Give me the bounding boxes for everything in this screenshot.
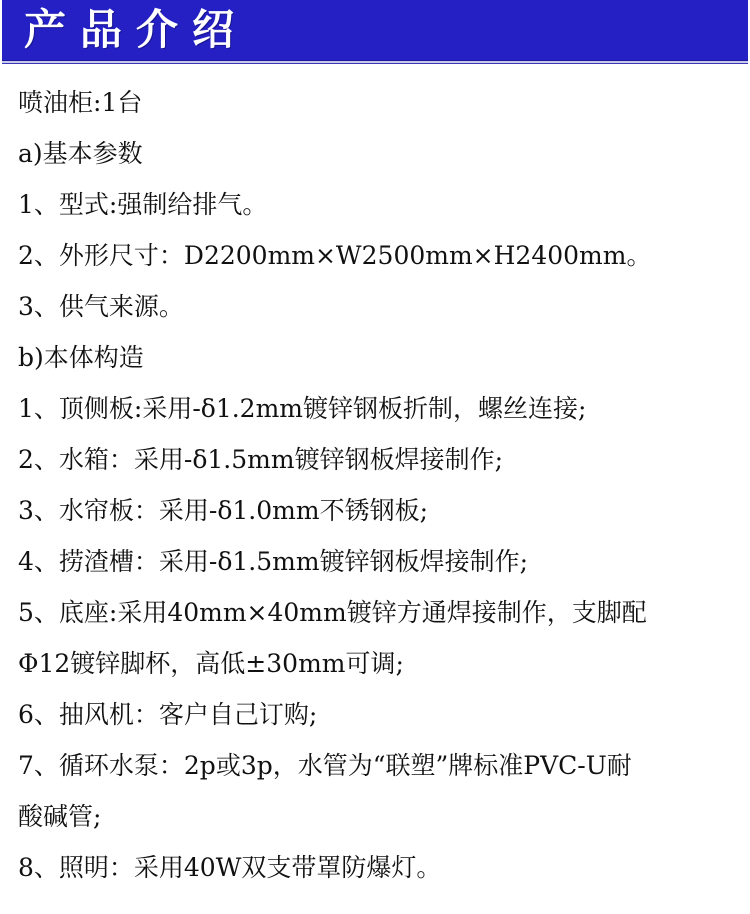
spec-item-circulation-pump: 7、循环水泵：2p或3p，水管为“联塑”牌标准PVC-U耐 [18,745,748,796]
section-heading-body-construction: b)本体构造 [18,337,748,388]
section-heading-basic-params: a)基本参数 [18,133,748,184]
header-divider-shadow [2,63,748,64]
spec-item-exhaust-fan: 6、抽风机：客户自己订购; [18,694,748,745]
spec-item-type: 1、型式:强制给排气。 [18,184,748,235]
section-header-banner: 产品介绍 [2,0,748,62]
spec-item-circulation-pump-continued: 酸碱管; [18,796,748,847]
spec-item-top-side-panel: 1、顶侧板:采用-δ1.2mm镀锌钢板折制，螺丝连接; [18,388,748,439]
spec-item-water-curtain: 3、水帘板：采用-δ1.0mm不锈钢板; [18,490,748,541]
spec-item-slag-trough: 4、捞渣槽：采用-δ1.5mm镀锌钢板焊接制作; [18,541,748,592]
product-name-line: 喷油柜:1台 [18,82,748,133]
section-title: 产品介绍 [24,4,248,56]
spec-item-water-tank: 2、水箱：采用-δ1.5mm镀锌钢板焊接制作; [18,439,748,490]
spec-item-dimensions: 2、外形尺寸：D2200mm×W2500mm×H2400mm。 [18,235,748,286]
spec-item-air-supply: 3、供气来源。 [18,286,748,337]
spec-item-base: 5、底座:采用40mm×40mm镀锌方通焊接制作，支脚配 [18,592,748,643]
product-spec-body: 喷油柜:1台 a)基本参数 1、型式:强制给排气。 2、外形尺寸：D2200mm… [18,82,748,898]
spec-item-lighting: 8、照明：采用40W双支带罩防爆灯。 [18,847,748,898]
spec-item-base-continued: Φ12镀锌脚杯，高低±30mm可调; [18,643,748,694]
